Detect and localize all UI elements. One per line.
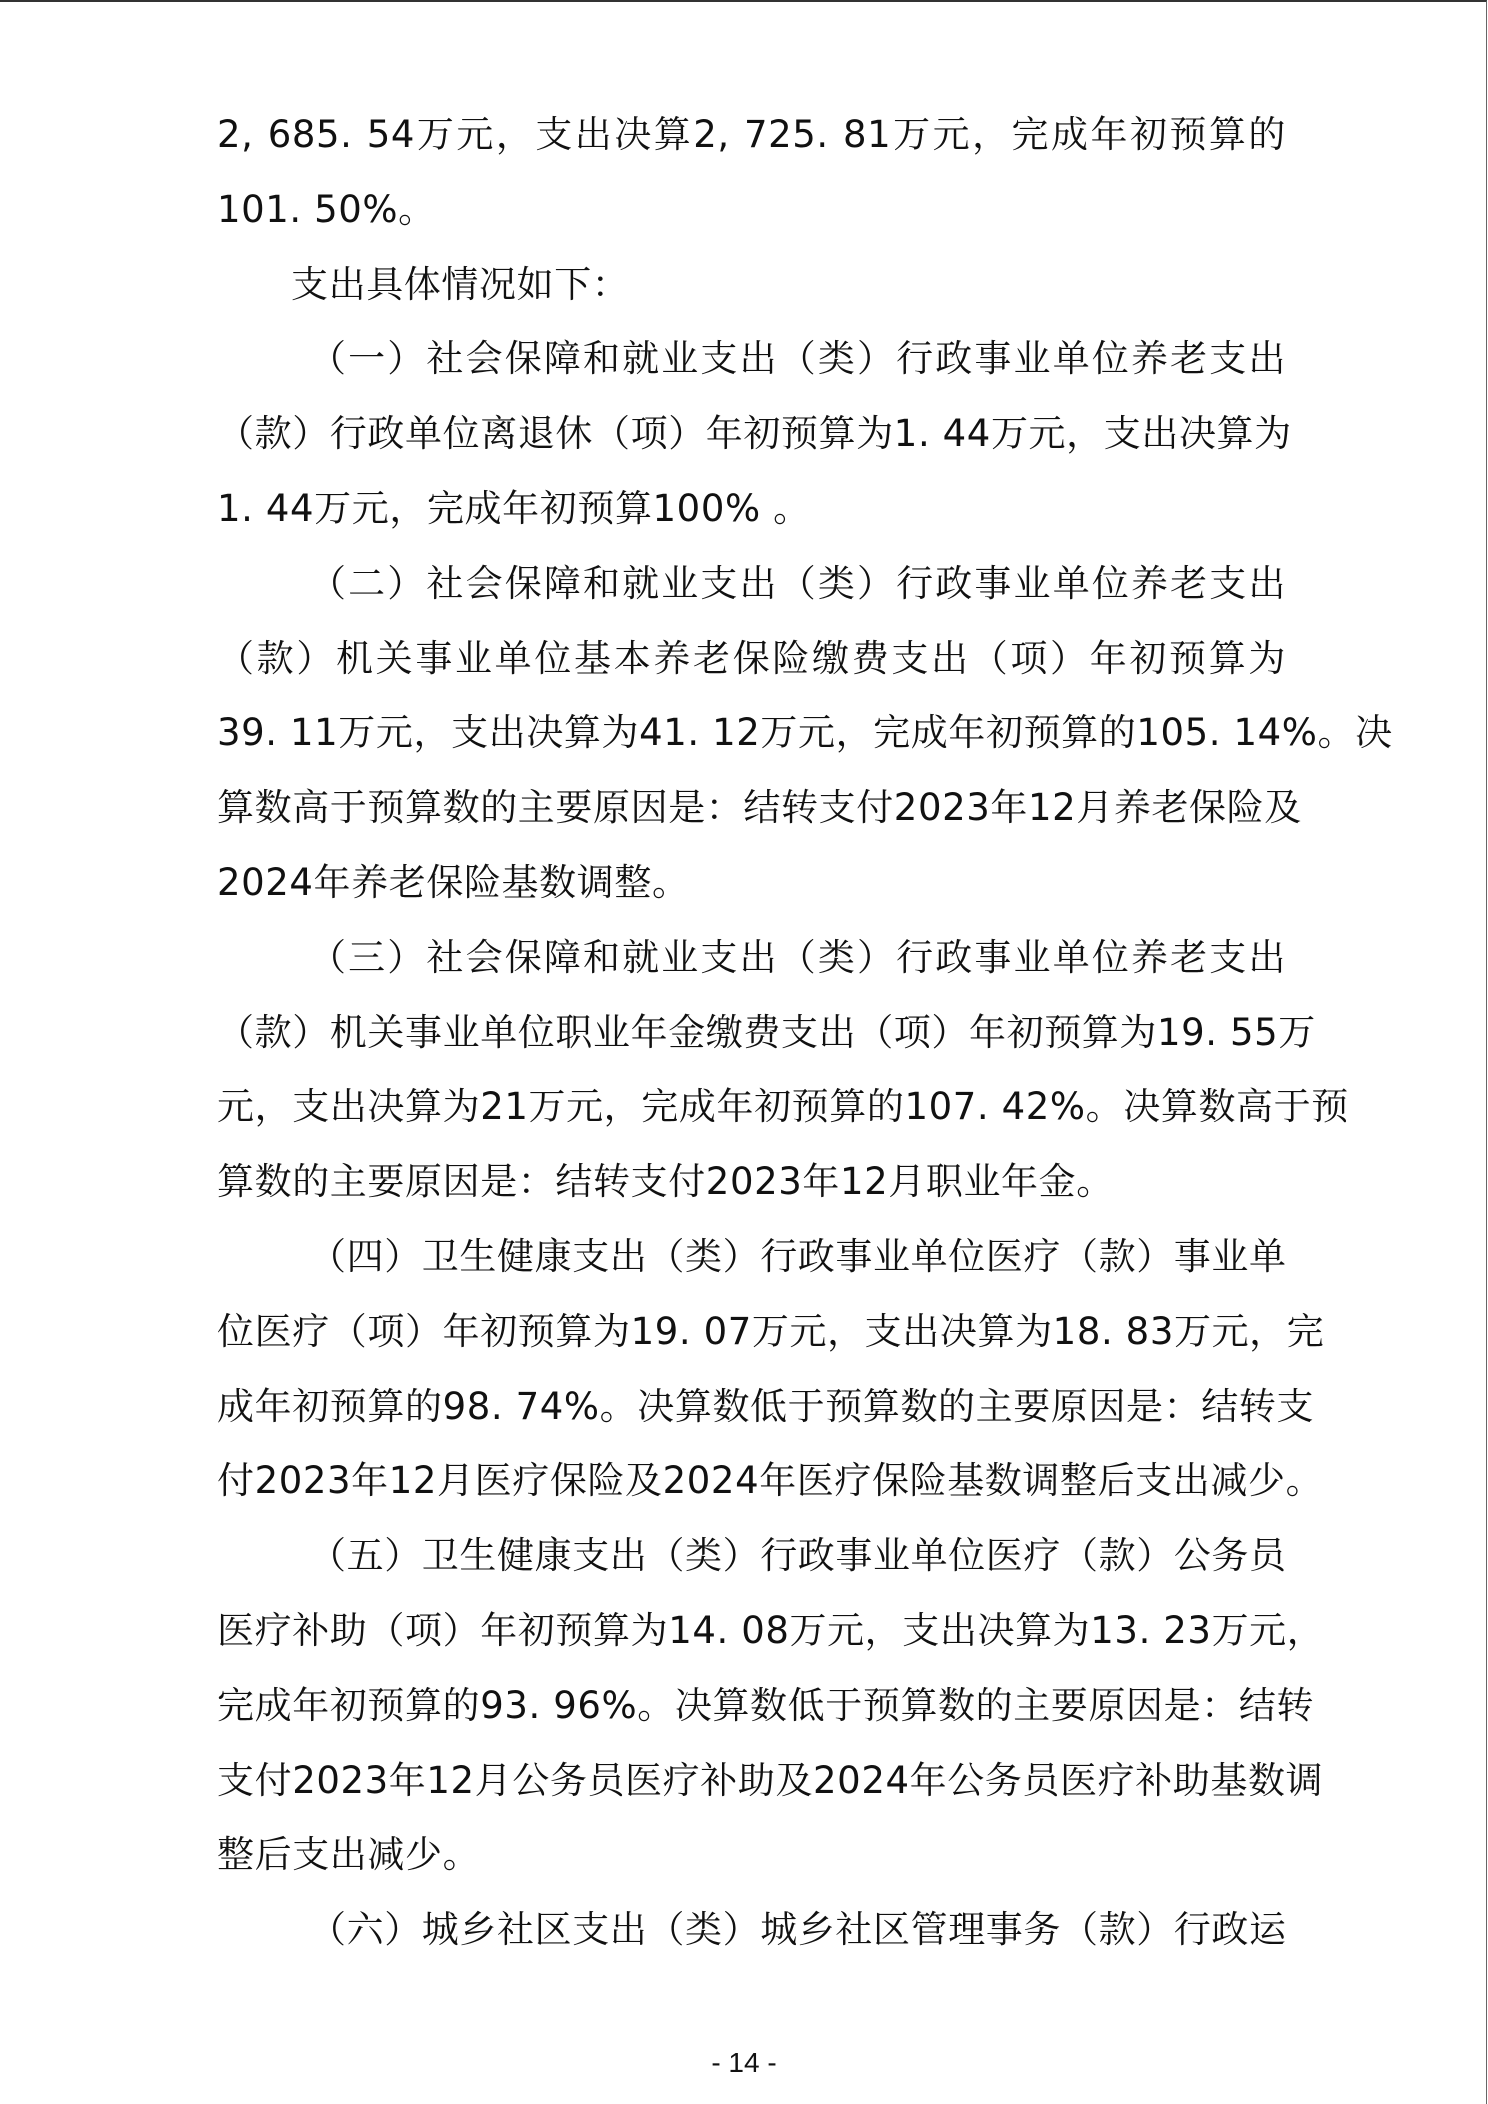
text-line: 2, 685. 54万元，支出决算2, 725. 81万元，完成年初预算的 xyxy=(217,98,1286,173)
text-line: 完成年初预算的93. 96%。决算数低于预算数的主要原因是：结转 xyxy=(217,1669,1286,1744)
text-line: （款）机关事业单位基本养老保险缴费支出（项）年初预算为 xyxy=(217,622,1286,697)
text-line: 医疗补助（项）年初预算为14. 08万元，支出决算为13. 23万元， xyxy=(217,1594,1286,1669)
expense-item-1: （一）社会保障和就业支出（类）行政事业单位养老支出 （款）行政单位离退休（项）年… xyxy=(217,322,1286,546)
text-line: 算数的主要原因是：结转支付2023年12月职业年金。 xyxy=(217,1145,1286,1220)
text-line: （五）卫生健康支出（类）行政事业单位医疗（款）公务员 xyxy=(217,1519,1286,1594)
section-lead-in: 支出具体情况如下： xyxy=(217,248,1286,323)
text-line: （三）社会保障和就业支出（类）行政事业单位养老支出 xyxy=(217,921,1286,996)
text-line: （款）机关事业单位职业年金缴费支出（项）年初预算为19. 55万 xyxy=(217,996,1286,1071)
text-line: （四）卫生健康支出（类）行政事业单位医疗（款）事业单 xyxy=(217,1220,1286,1295)
text-line: 支付2023年12月公务员医疗补助及2024年公务员医疗补助基数调 xyxy=(217,1744,1286,1819)
text-line: 2024年养老保险基数调整。 xyxy=(217,846,1286,921)
expense-item-6: （六）城乡社区支出（类）城乡社区管理事务（款）行政运 xyxy=(217,1893,1286,1968)
text-line: 付2023年12月医疗保险及2024年医疗保险基数调整后支出减少。 xyxy=(217,1444,1286,1519)
expense-item-5: （五）卫生健康支出（类）行政事业单位医疗（款）公务员 医疗补助（项）年初预算为1… xyxy=(217,1519,1286,1893)
text-line: （款）行政单位离退休（项）年初预算为1. 44万元，支出决算为 xyxy=(217,397,1286,472)
expense-item-4: （四）卫生健康支出（类）行政事业单位医疗（款）事业单 位医疗（项）年初预算为19… xyxy=(217,1220,1286,1519)
text-line: （二）社会保障和就业支出（类）行政事业单位养老支出 xyxy=(217,547,1286,622)
document-page: 2, 685. 54万元，支出决算2, 725. 81万元，完成年初预算的 10… xyxy=(0,0,1487,2104)
text-line: 整后支出减少。 xyxy=(217,1818,1286,1893)
text-line: 39. 11万元，支出决算为41. 12万元，完成年初预算的105. 14%。决 xyxy=(217,696,1286,771)
expense-item-3: （三）社会保障和就业支出（类）行政事业单位养老支出 （款）机关事业单位职业年金缴… xyxy=(217,921,1286,1220)
page-number: - 14 - xyxy=(0,2046,1488,2080)
text-line: （六）城乡社区支出（类）城乡社区管理事务（款）行政运 xyxy=(217,1893,1286,1968)
text-line: （一）社会保障和就业支出（类）行政事业单位养老支出 xyxy=(217,322,1286,397)
expense-item-2: （二）社会保障和就业支出（类）行政事业单位养老支出 （款）机关事业单位基本养老保… xyxy=(217,547,1286,921)
text-line: 101. 50%。 xyxy=(217,173,1286,248)
document-body: 2, 685. 54万元，支出决算2, 725. 81万元，完成年初预算的 10… xyxy=(217,98,1286,1968)
text-line: 算数高于预算数的主要原因是：结转支付2023年12月养老保险及 xyxy=(217,771,1286,846)
text-line: 成年初预算的98. 74%。决算数低于预算数的主要原因是：结转支 xyxy=(217,1370,1286,1445)
text-line: 元，支出决算为21万元，完成年初预算的107. 42%。决算数高于预 xyxy=(217,1070,1286,1145)
text-line: 1. 44万元，完成年初预算100% 。 xyxy=(217,472,1286,547)
text-line: 位医疗（项）年初预算为19. 07万元，支出决算为18. 83万元，完 xyxy=(217,1295,1286,1370)
